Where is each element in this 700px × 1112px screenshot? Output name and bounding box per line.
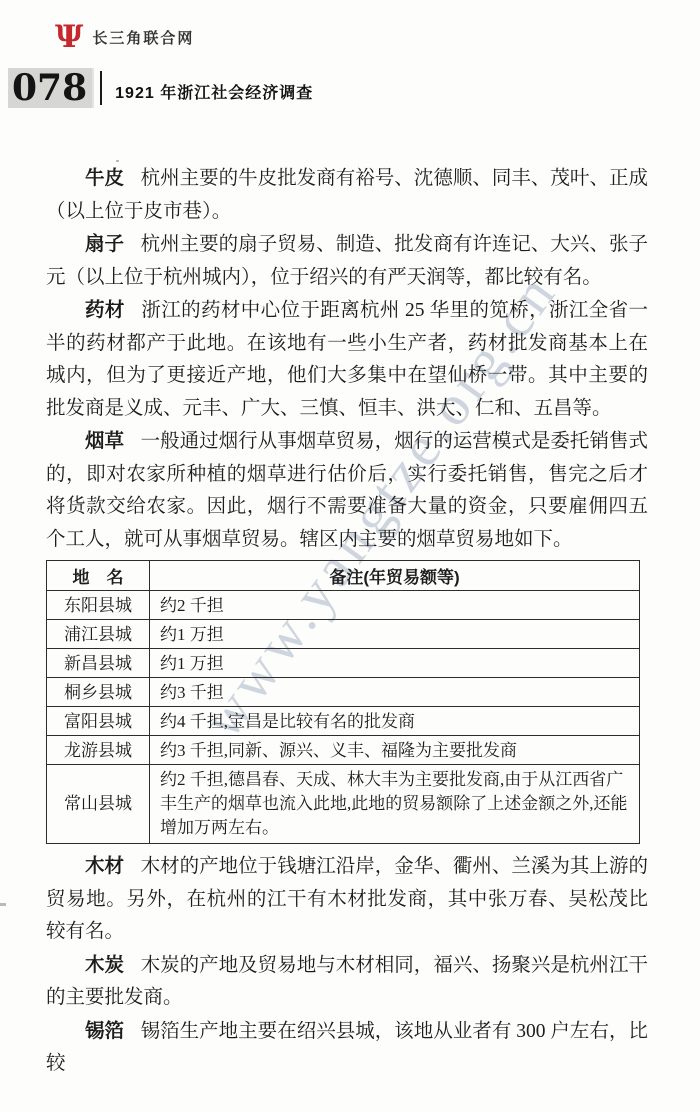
- table-row: 东阳县城 约2 千担: [47, 591, 640, 620]
- book-title: 1921 年浙江社会经济调查: [115, 74, 313, 103]
- place-cell: 浦江县城: [47, 620, 150, 649]
- place-cell: 常山县城: [47, 765, 150, 844]
- paragraph-term: 锡箔: [85, 1020, 124, 1042]
- paragraph-text: 木材的产地位于钱塘江沿岸，金华、衢州、兰溪为其上游的贸易地。另外，在杭州的江干有…: [46, 856, 648, 942]
- note-cell: 约1 万担: [150, 620, 640, 649]
- place-cell: 新昌县城: [47, 649, 150, 678]
- paragraph-term: 木炭: [85, 954, 124, 976]
- paragraph-niupi: 牛皮杭州主要的牛皮批发商有裕号、沈德顺、同丰、茂叶、正成（以上位于皮市巷）。: [46, 162, 648, 228]
- place-cell: 富阳县城: [47, 707, 150, 736]
- paragraph-term: 木材: [85, 855, 124, 877]
- page-number: 078: [8, 68, 92, 108]
- paragraph-term: 牛皮: [85, 167, 124, 189]
- place-cell: 东阳县城: [47, 591, 150, 620]
- paragraph-yaocai: 药材浙江的药材中心位于距离杭州 25 华里的笕桥，浙江全省一半的药材都产于此地。…: [46, 294, 648, 425]
- site-logo: Ψ 长三角联合网: [55, 22, 194, 52]
- paragraph-text: 锡箔生产地主要在绍兴县城，该地从业者有 300 户左右，比较: [46, 1021, 648, 1075]
- paragraph-term: 药材: [85, 299, 125, 321]
- table-row: 龙游县城 约3 千担,同新、源兴、义丰、福隆为主要批发商: [47, 736, 640, 765]
- page-header: 078 1921 年浙江社会经济调查: [8, 68, 313, 108]
- paragraph-text: 一般通过烟行从事烟草贸易，烟行的运营模式是委托销售式的，即对农家所种植的烟草进行…: [46, 431, 648, 550]
- paragraph-text: 杭州主要的牛皮批发商有裕号、沈德顺、同丰、茂叶、正成（以上位于皮市巷）。: [46, 168, 648, 222]
- book-page: www.yangtze.org.cn Ψ 长三角联合网 078 1921 年浙江…: [0, 0, 700, 1112]
- place-cell: 龙游县城: [47, 736, 150, 765]
- site-name: 长三角联合网: [92, 27, 194, 48]
- paragraph-text: 杭州主要的扇子贸易、制造、批发商有许连记、大兴、张子元（以上位于杭州城内），位于…: [46, 234, 648, 288]
- paragraph-shanzi: 扇子杭州主要的扇子贸易、制造、批发商有许连记、大兴、张子元（以上位于杭州城内），…: [46, 228, 648, 294]
- note-cell: 约1 万担: [150, 649, 640, 678]
- paragraph-mutan: 木炭木炭的产地及贸易地与木材相同，福兴、扬聚兴是杭州江干的主要批发商。: [46, 949, 648, 1015]
- table-row: 浦江县城 约1 万担: [47, 620, 640, 649]
- column-header-note: 备注(年贸易额等): [150, 561, 640, 591]
- note-cell: 约4 千担,宝昌是比较有名的批发商: [150, 707, 640, 736]
- tobacco-trade-table: 地 名 备注(年贸易额等) 东阳县城 约2 千担 浦江县城 约1 万担 新昌县城…: [46, 560, 640, 844]
- paragraph-xibo: 锡箔锡箔生产地主要在绍兴县城，该地从业者有 300 户左右，比较: [46, 1015, 648, 1081]
- note-cell: 约3 千担,同新、源兴、义丰、福隆为主要批发商: [150, 736, 640, 765]
- note-cell: 约2 千担,德昌春、天成、林大丰为主要批发商,由于从江西省广丰生产的烟草也流入此…: [150, 765, 640, 844]
- note-cell: 约2 千担: [150, 591, 640, 620]
- trident-logo-icon: Ψ: [55, 22, 83, 52]
- table-row: 富阳县城 约4 千担,宝昌是比较有名的批发商: [47, 707, 640, 736]
- table-row: 常山县城 约2 千担,德昌春、天成、林大丰为主要批发商,由于从江西省广丰生产的烟…: [47, 765, 640, 844]
- table-row: 新昌县城 约1 万担: [47, 649, 640, 678]
- paragraph-term: 烟草: [85, 430, 124, 452]
- header-divider: [100, 71, 102, 105]
- scan-speck: [0, 903, 6, 906]
- paragraph-yancao: 烟草一般通过烟行从事烟草贸易，烟行的运营模式是委托销售式的，即对农家所种植的烟草…: [46, 425, 648, 556]
- page-content: 牛皮杭州主要的牛皮批发商有裕号、沈德顺、同丰、茂叶、正成（以上位于皮市巷）。 扇…: [46, 162, 648, 1081]
- paragraph-mucai: 木材木材的产地位于钱塘江沿岸，金华、衢州、兰溪为其上游的贸易地。另外，在杭州的江…: [46, 850, 648, 949]
- table-row: 桐乡县城 约3 千担: [47, 678, 640, 707]
- table-header-row: 地 名 备注(年贸易额等): [47, 561, 640, 591]
- note-cell: 约3 千担: [150, 678, 640, 707]
- column-header-place: 地 名: [47, 561, 150, 591]
- paragraph-term: 扇子: [85, 233, 124, 255]
- place-cell: 桐乡县城: [47, 678, 150, 707]
- paragraph-text: 浙江的药材中心位于距离杭州 25 华里的笕桥，浙江全省一半的药材都产于此地。在该…: [46, 300, 648, 419]
- paragraph-text: 木炭的产地及贸易地与木材相同，福兴、扬聚兴是杭州江干的主要批发商。: [46, 955, 648, 1009]
